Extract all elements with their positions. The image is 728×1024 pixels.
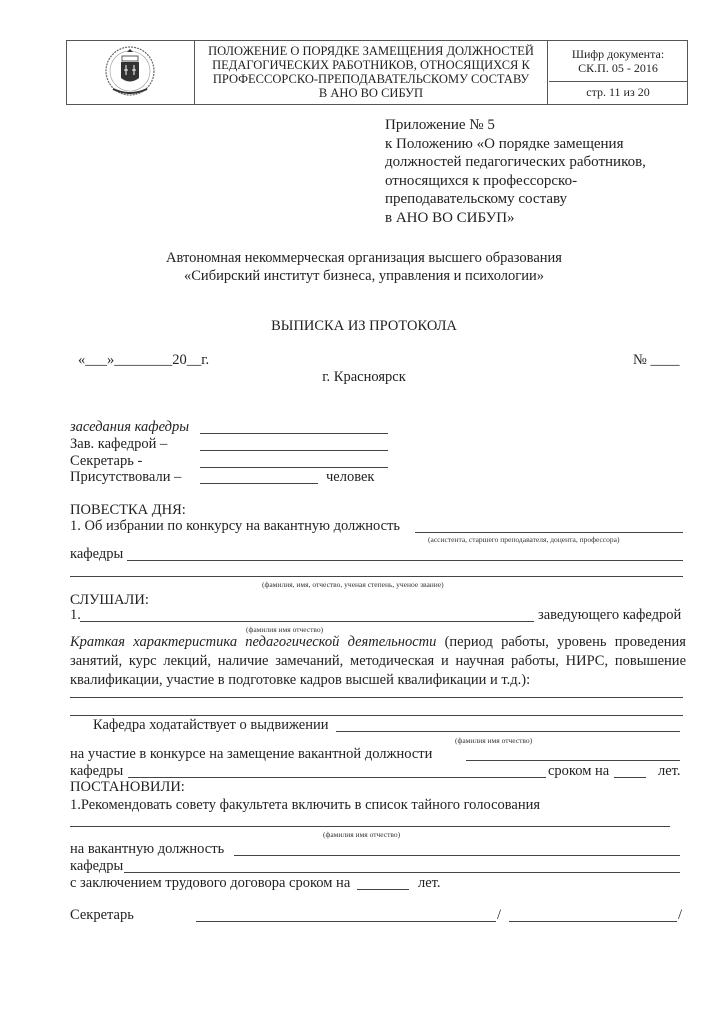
position-field[interactable] — [415, 532, 683, 533]
annex-line: преподавательскому составу — [385, 190, 646, 209]
resolved-name-field[interactable] — [70, 826, 670, 827]
document-code-value: СК.П. 05 - 2016 — [549, 61, 687, 75]
annex-line: в АНО ВО СИБУП» — [385, 209, 646, 228]
candidate-field[interactable] — [70, 576, 683, 577]
logo-cell — [67, 41, 195, 104]
description-title: Краткая характеристика педагогической де… — [70, 634, 436, 650]
document-header: ПОЛОЖЕНИЕ О ПОРЯДКЕ ЗАМЕЩЕНИЯ ДОЛЖНОСТЕЙ… — [66, 40, 688, 105]
head-label: Зав. кафедрой – — [70, 436, 167, 453]
agenda-item-1: 1. Об избрании по конкурсу на вакантную … — [70, 518, 400, 535]
header-title: ПОЛОЖЕНИЕ О ПОРЯДКЕ ЗАМЕЩЕНИЯ ДОЛЖНОСТЕЙ… — [195, 41, 548, 104]
resolved-position-label: на вакантную должность — [70, 841, 224, 858]
organization-full-name: «Сибирский институт бизнеса, управления … — [0, 268, 728, 285]
agenda-heading: ПОВЕСТКА ДНЯ: — [70, 502, 186, 519]
date-field[interactable]: «___»________20__г. — [78, 352, 209, 369]
heard-department-label: кафедры — [70, 763, 123, 780]
signature-field[interactable] — [196, 921, 496, 922]
heard-department-field[interactable] — [128, 777, 546, 778]
session-field[interactable] — [200, 433, 388, 434]
present-label: Присутствовали – — [70, 469, 181, 486]
annex-line: относящихся к профессорско- — [385, 172, 646, 191]
annex-line: Приложение № 5 — [385, 116, 646, 135]
candidate-hint: (фамилия, имя, отчество, ученая степень,… — [262, 580, 444, 589]
contract-text: с заключением трудового договора сроком … — [70, 875, 350, 892]
organization-name: Автономная некоммерческая организация вы… — [0, 250, 728, 267]
document-code: Шифр документа: СК.П. 05 - 2016 — [549, 41, 687, 82]
university-crest-icon — [67, 41, 194, 104]
page-number: стр. 11 из 20 — [549, 85, 687, 99]
heard-heading: СЛУШАЛИ: — [70, 592, 149, 609]
header-title-line: В АНО ВО СИБУП — [195, 86, 547, 100]
heard-name-field[interactable] — [80, 621, 534, 622]
city: г. Красноярск — [0, 369, 728, 386]
petition-name-field[interactable] — [336, 731, 680, 732]
contract-term-field[interactable] — [357, 889, 409, 890]
resolved-item-1: 1.Рекомендовать совету факультета включи… — [70, 797, 540, 814]
annex-line: должностей педагогических работников, — [385, 153, 646, 172]
signature-name-field[interactable] — [509, 921, 677, 922]
header-title-line: ПОЛОЖЕНИЕ О ПОРЯДКЕ ЗАМЕЩЕНИЯ ДОЛЖНОСТЕЙ — [195, 44, 547, 58]
signature-label: Секретарь — [70, 907, 134, 924]
term-field[interactable] — [614, 777, 646, 778]
protocol-number-field[interactable]: № ____ — [633, 352, 679, 369]
document-code-label: Шифр документа: — [549, 47, 687, 61]
document-title: ВЫПИСКА ИЗ ПРОТОКОЛА — [0, 318, 728, 335]
contest-text: на участие в конкурсе на замещение вакан… — [70, 746, 432, 763]
department-label: кафедры — [70, 546, 123, 563]
contract-years: лет. — [418, 875, 441, 892]
term-years: лет. — [658, 763, 681, 780]
resolved-department-label: кафедры — [70, 858, 123, 875]
department-field[interactable] — [127, 560, 683, 561]
header-title-line: ПЕДАГОГИЧЕСКИХ РАБОТНИКОВ, ОТНОСЯЩИХСЯ К — [195, 58, 547, 72]
signature-separator: / — [497, 907, 501, 924]
position-hint: (ассистента, старшего преподавателя, доц… — [428, 535, 619, 544]
header-title-line: ПРОФЕССОРСКО-ПРЕПОДАВАТЕЛЬСКОМУ СОСТАВУ — [195, 72, 547, 86]
term-label: сроком на — [548, 763, 609, 780]
present-suffix: человек — [326, 469, 374, 486]
heard-role: заведующего кафедрой — [538, 607, 681, 624]
description-field-1[interactable] — [70, 697, 683, 698]
description-paragraph: Краткая характеристика педагогической де… — [70, 633, 686, 690]
resolved-name-hint: (фамилия имя отчество) — [323, 830, 400, 839]
header-meta: Шифр документа: СК.П. 05 - 2016 стр. 11 … — [549, 41, 687, 104]
session-label: заседания кафедры — [70, 419, 189, 436]
petition-name-hint: (фамилия имя отчество) — [455, 736, 532, 745]
signature-separator-end: / — [678, 907, 682, 924]
head-field[interactable] — [200, 450, 388, 451]
annex-block: Приложение № 5 к Положению «О порядке за… — [385, 116, 646, 227]
description-field-2[interactable] — [70, 715, 683, 716]
contest-position-field[interactable] — [466, 760, 680, 761]
secretary-label: Секретарь - — [70, 453, 142, 470]
annex-line: к Положению «О порядке замещения — [385, 135, 646, 154]
present-count-field[interactable] — [200, 483, 318, 484]
resolved-position-field[interactable] — [234, 855, 680, 856]
resolved-heading: ПОСТАНОВИЛИ: — [70, 779, 185, 796]
secretary-field[interactable] — [200, 467, 388, 468]
petition-text: Кафедра ходатайствует о выдвижении — [93, 717, 329, 734]
resolved-department-field[interactable] — [124, 872, 680, 873]
